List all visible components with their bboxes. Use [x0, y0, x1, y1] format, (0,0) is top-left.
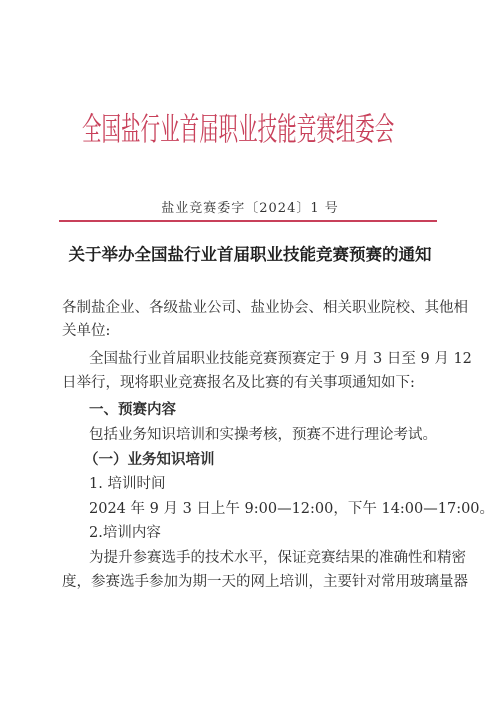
red-divider [59, 220, 437, 222]
addressee-line-1: 各制盐企业、各级盐业公司、盐业协会、相关职业院校、其他相 [62, 298, 438, 318]
document-page: 全国盐行业首届职业技能竞赛组委会 盐业竞赛委字〔2024〕1 号 关于举办全国盐… [0, 0, 500, 707]
notice-title: 关于举办全国盐行业首届职业技能竞赛预赛的通知 [0, 245, 500, 265]
subsection-1-heading: （一）业务知识培训 [84, 450, 460, 470]
item-2-text-line-1: 为提升参赛选手的技术水平，保证竞赛结果的准确性和精密 [89, 548, 465, 568]
item-1-text: 2024 年 9 月 3 日上午 9:00—12:00，下午 14:00—17:… [89, 499, 465, 519]
section-1-heading: 一、预赛内容 [89, 400, 465, 420]
section-1-text: 包括业务知识培训和实操考核，预赛不进行理论考试。 [89, 425, 465, 445]
org-title: 全国盐行业首届职业技能竞赛组委会 [82, 109, 432, 149]
item-2-text-line-2: 度，参赛选手参加为期一天的网上培训，主要针对常用玻璃量器 [62, 572, 438, 592]
intro-line-1: 全国盐行业首届职业技能竞赛预赛定于 9 月 3 日至 9 月 12 [89, 349, 465, 369]
org-title-text: 全国盐行业首届职业技能竞赛组委会 [82, 109, 394, 149]
intro-line-2: 日举行，现将职业竞赛报名及比赛的有关事项通知如下: [62, 373, 438, 393]
addressee-line-2: 关单位: [62, 321, 438, 341]
document-number: 盐业竞赛委字〔2024〕1 号 [0, 200, 500, 218]
item-1-label: 1. 培训时间 [89, 474, 465, 494]
item-2-label: 2.培训内容 [89, 523, 465, 543]
